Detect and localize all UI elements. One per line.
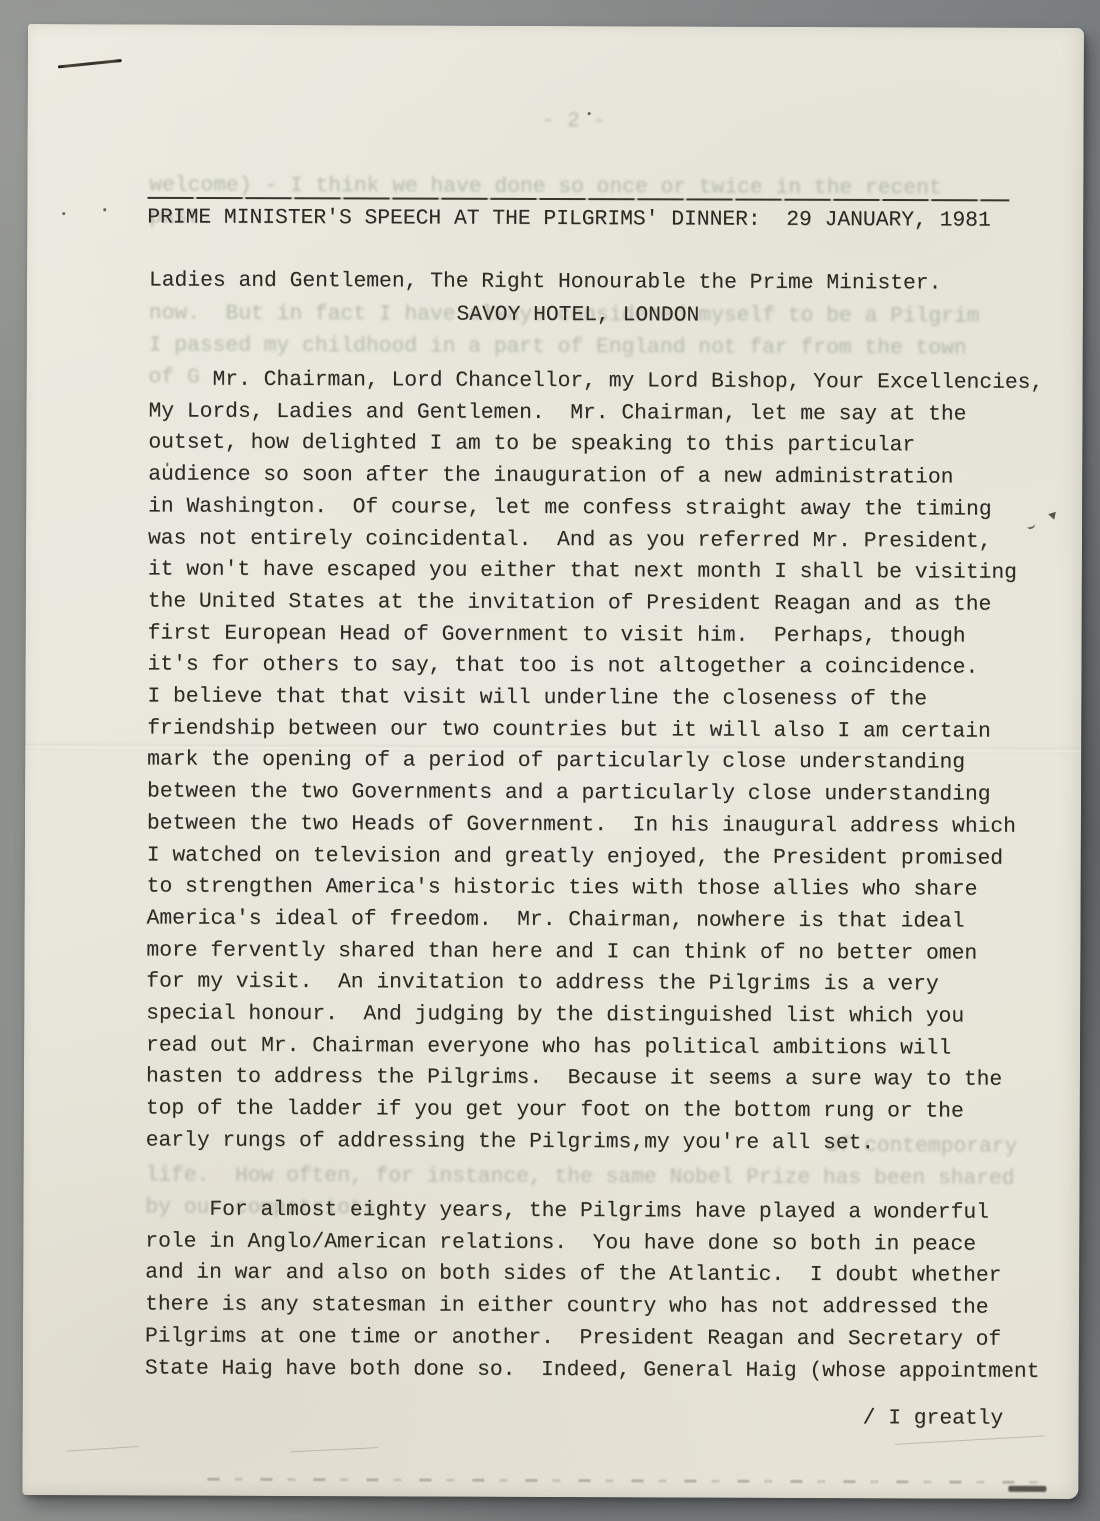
typed-line: read out Mr. Chairman everyone who has p…: [146, 1030, 1041, 1065]
title-line-2: SAVOY HOTEL, LONDON: [147, 298, 1009, 333]
paper-speck: [588, 112, 591, 115]
ink-smudge: [1008, 1486, 1046, 1492]
typed-line: the United States at the invitation of P…: [148, 586, 1043, 621]
typed-line: mark the opening of a period of particul…: [147, 745, 1042, 780]
typed-line: to strengthen America's historic ties wi…: [147, 872, 1042, 907]
typed-line: between the two Heads of Government. In …: [147, 808, 1042, 843]
continuation-catchword: / I greatly: [863, 1403, 1004, 1435]
typed-line: friendship between our two countries but…: [147, 713, 1042, 748]
typed-line: Mr. Chairman, Lord Chancellor, my Lord B…: [149, 364, 1044, 399]
typed-line: My Lords, Ladies and Gentlemen. Mr. Chai…: [148, 396, 1043, 431]
salutation-line: Ladies and Gentlemen, The Right Honourab…: [149, 265, 941, 300]
staple-icon: [58, 57, 122, 70]
typed-line: I believe that that visit will underline…: [147, 681, 1042, 716]
typed-line: I watched on television and greatly enjo…: [147, 840, 1042, 875]
paper-speck: [103, 208, 106, 211]
speech-paragraph-1: Mr. Chairman, Lord Chancellor, my Lord B…: [146, 364, 1044, 1160]
typed-line: Pilgrims at one time or another. Preside…: [145, 1321, 1040, 1356]
document-page: - 2 -welcome) - I think we have done so …: [22, 24, 1084, 1499]
typed-line: in Washington. Of course, let me confess…: [148, 491, 1043, 526]
typed-line: it won't have escaped you either that ne…: [148, 555, 1043, 590]
staple-wire: [58, 59, 122, 69]
bleedthrough-line: life. How often, for instance, the same …: [146, 1160, 1015, 1195]
bleedthrough-line: - 2 -: [542, 106, 606, 138]
typed-line: for my visit. An invitation to address t…: [146, 967, 1041, 1002]
typed-line: hasten to address the Pilgrims. Because …: [146, 1062, 1041, 1097]
typed-line: audience so soon after the inauguration …: [148, 460, 1043, 495]
paper-scratch: [291, 1447, 379, 1453]
typed-line: first European Head of Government to vis…: [148, 618, 1043, 653]
typed-line: role in Anglo/American relations. You ha…: [145, 1226, 1040, 1261]
typed-line: outset, how delighted I am to be speakin…: [148, 428, 1043, 463]
paper-speck: [62, 212, 65, 215]
paper-scratch: [895, 1435, 1045, 1445]
typed-line: there is any statesman in either country…: [145, 1290, 1040, 1325]
typed-line: State Haig have both done so. Indeed, Ge…: [145, 1353, 1040, 1388]
typed-line: and in war and also on both sides of the…: [145, 1258, 1040, 1293]
typed-line: between the two Governments and a partic…: [147, 777, 1042, 812]
speech-paragraph-2: For almost eighty years, the Pilgrims ha…: [145, 1194, 1040, 1388]
typed-line: was not entirely coincidental. And as yo…: [148, 523, 1043, 558]
bleedthrough-dashes: [207, 1478, 1037, 1484]
typed-line: top of the ladder if you get your foot o…: [146, 1094, 1041, 1129]
margin-pen-mark: [1047, 510, 1056, 519]
typed-line: more fervently shared than here and I ca…: [146, 935, 1041, 970]
typed-line: early rungs of addressing the Pilgrims,m…: [146, 1125, 1041, 1160]
typed-line: special honour. And judging by the disti…: [146, 999, 1041, 1034]
typed-line: For almost eighty years, the Pilgrims ha…: [145, 1194, 1040, 1229]
paper-scratch: [67, 1446, 139, 1452]
title-line-1: PRIME MINISTER'S SPEECH AT THE PILGRIMS'…: [147, 203, 1009, 238]
typed-line: it's for others to say, that too is not …: [147, 650, 1042, 685]
typed-line: America's ideal of freedom. Mr. Chairman…: [147, 903, 1042, 938]
